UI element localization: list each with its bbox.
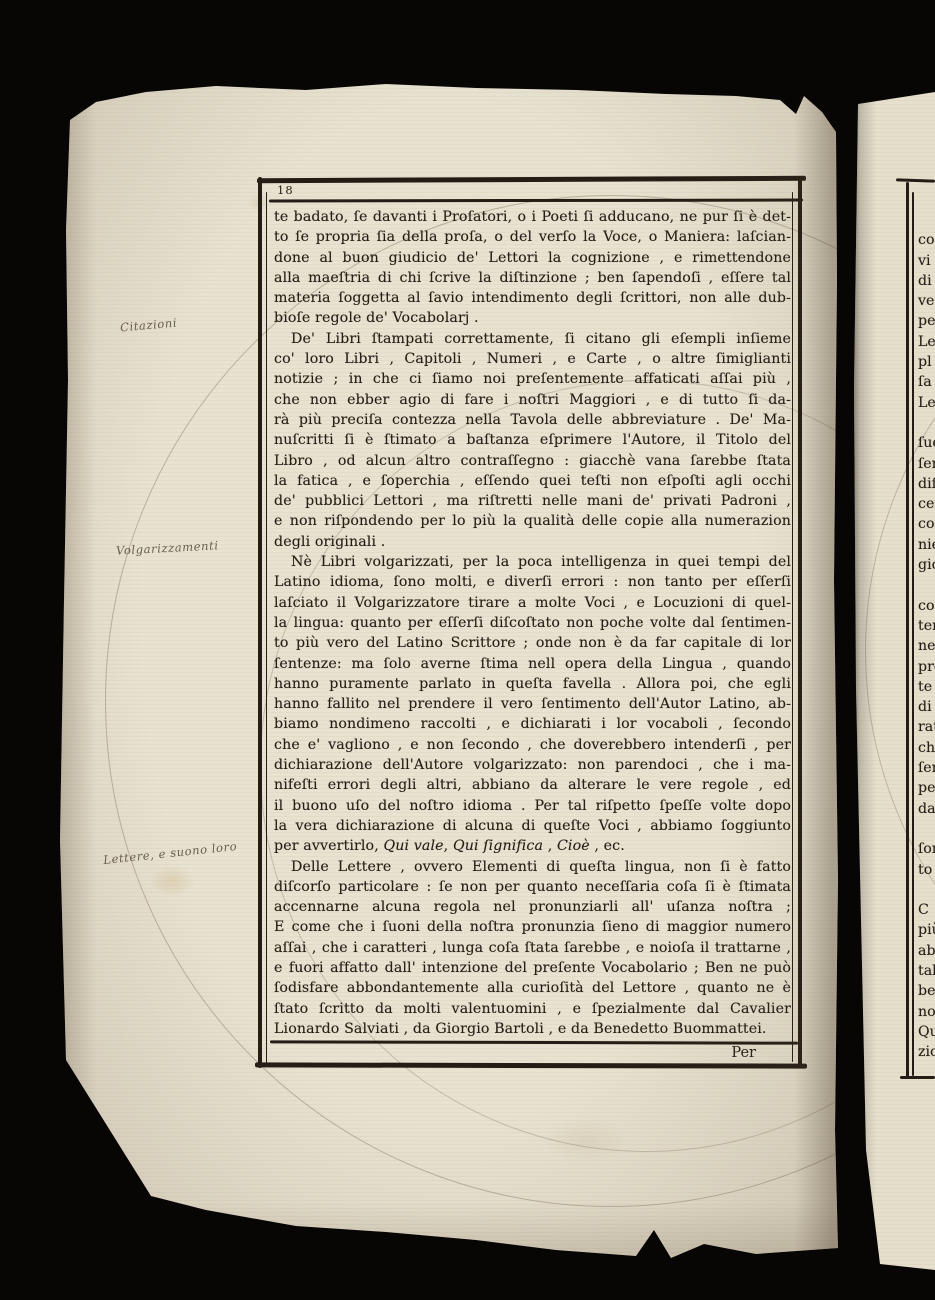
facing-frame-border-inner: [912, 192, 914, 1076]
margin-note-lettere: Lettere, e suono loro: [103, 839, 238, 867]
text-line: biamo nondimeno raccolti , e dichiarati …: [274, 714, 791, 734]
facing-text-line: ſen: [918, 758, 935, 778]
facing-text-line: talo: [918, 961, 935, 981]
text-line: dichiarazione dell'Autore volgarizzato: …: [274, 755, 791, 775]
text-line: E come che i ſuoni della noſtra pronunzi…: [274, 917, 791, 937]
facing-text-line: nie: [918, 535, 935, 555]
facing-text-line: pe: [918, 311, 935, 331]
frame-border-right-inner: [792, 192, 794, 1062]
text-line: che non ebber agio di fare i noſtri Magg…: [274, 390, 791, 410]
text-segment: , ec.: [590, 838, 625, 854]
paragraph: Delle Lettere , ovvero Elementi di queſt…: [274, 857, 791, 1040]
facing-page-lines: covidivepeLeplſaLeſueſerdiſcerconniegioc…: [918, 210, 935, 1062]
facing-page-fragment: covidivepeLeplſaLeſueſerdiſcerconniegioc…: [850, 88, 935, 1270]
text-line: notizie ; in che ci ſiamo noi preſenteme…: [274, 369, 791, 389]
facing-text-line: [918, 819, 935, 839]
facing-text-line: pl: [918, 352, 935, 372]
text-line: hanno puramente parlato in queſta favell…: [274, 674, 791, 694]
facing-text-line: gio: [918, 555, 935, 575]
text-segment: per avvertirlo,: [274, 838, 383, 854]
facing-text-line: [918, 210, 935, 230]
text-line: ſtato ſcritto da molti valentuomini , e …: [274, 999, 791, 1019]
text-line: aſſai , che i caratteri , lunga coſa ſta…: [274, 938, 791, 958]
facing-text-line: per: [918, 778, 935, 798]
facing-text-line: Le: [918, 332, 935, 352]
folio-number: 18: [277, 183, 294, 197]
text-line: de' pubblici Lettori , ma riſtretti nell…: [274, 491, 791, 511]
facing-text-line: Qu: [918, 1022, 935, 1042]
facing-text-line: non: [918, 1002, 935, 1022]
paragraph: te badato, ſe davanti i Proſatori, o i P…: [274, 207, 791, 329]
facing-text-line: abb: [918, 941, 935, 961]
frame-rule-bottom: [255, 1062, 807, 1069]
paragraph: De' Libri ſtampati correttamente, ſi cit…: [274, 329, 791, 552]
text-line: Latino idioma, ſono molti, e diverſi err…: [274, 572, 791, 592]
margin-note-volgarizzamenti: Volgarizzamenti: [116, 538, 219, 557]
text-line: che e' vagliono , e non ſecondo , che do…: [274, 735, 791, 755]
facing-text-line: [918, 413, 935, 433]
text-line: rà più preciſa contezza nella Tavola del…: [274, 410, 791, 430]
text-line: degli originali .: [274, 532, 791, 552]
facing-text-line: C: [918, 900, 935, 920]
frame-border-left-inner: [266, 192, 268, 1064]
text-line: co' loro Libri , Capitoli , Numeri , e C…: [274, 349, 791, 369]
text-segment: ,: [444, 838, 453, 854]
scan-background: { "colors": { "background": "#080505", "…: [0, 0, 935, 1300]
facing-text-line: [918, 880, 935, 900]
text-line: il buono uſo del noſtro idioma . Per tal…: [274, 796, 791, 816]
facing-text-line: ſer: [918, 454, 935, 474]
frame-rule-top: [257, 176, 806, 183]
facing-frame-rule-bottom: [900, 1076, 935, 1079]
frame-border-left: [258, 177, 262, 1068]
margin-note-citazioni: Citazioni: [119, 316, 177, 335]
paper-stain: [526, 1110, 646, 1170]
facing-text-line: to: [918, 860, 935, 880]
text-line: e non riſpondendo per lo più la qualità …: [274, 511, 791, 531]
facing-text-line: più: [918, 920, 935, 940]
text-line: Libro , od alcun altro contraſſegno : gi…: [274, 451, 791, 471]
paragraph: Nè Libri volgarizzati, per la poca intel…: [274, 552, 791, 856]
text-line: to ſe propria ſia della proſa, o del ver…: [274, 227, 791, 247]
facing-text-line: ve: [918, 291, 935, 311]
facing-text-line: be: [918, 981, 935, 1001]
facing-text-line: dag: [918, 799, 935, 819]
facing-frame-rule-top: [896, 178, 935, 183]
text-line: to più vero del Latino Scrittore ; onde …: [274, 633, 791, 653]
italic-phrase: Qui vale: [383, 838, 443, 854]
text-line: la vera dichiarazione di alcuna di queſt…: [274, 816, 791, 836]
facing-text-line: cor: [918, 596, 935, 616]
frame-rule-header: [269, 199, 803, 203]
facing-text-line: cer: [918, 494, 935, 514]
paper-stain: [140, 860, 204, 902]
scanned-book-page: 18 Per te badato, ſe davanti i Proſatori…: [56, 80, 842, 1262]
text-line: done al buon giudicio de' Lettori la cog…: [274, 248, 791, 268]
text-line: hanno fallito nel prendere il vero ſenti…: [274, 694, 791, 714]
text-line: De' Libri ſtampati correttamente, ſi cit…: [274, 329, 791, 349]
text-line: te badato, ſe davanti i Proſatori, o i P…: [274, 207, 791, 227]
text-block: te badato, ſe davanti i Proſatori, o i P…: [274, 207, 791, 1039]
facing-text-line: te: [918, 677, 935, 697]
facing-text-line: [918, 575, 935, 595]
text-line: Delle Lettere , ovvero Elementi di queſt…: [274, 857, 791, 877]
text-line: nifeſti errori degli altri, abbiano da a…: [274, 775, 791, 795]
facing-text-line: ſa: [918, 372, 935, 392]
catchword: Per: [696, 1045, 756, 1061]
text-line: nuſcritti ſi è ſtimato a baſtanza eſprim…: [274, 430, 791, 450]
text-line: Nè Libri volgarizzati, per la poca intel…: [274, 552, 791, 572]
facing-text-line: zior: [918, 1042, 935, 1062]
facing-text-line: con: [918, 514, 935, 534]
text-line: alla maeſtria di chi ſcrive la diſtinzio…: [274, 268, 791, 288]
text-line: la fatica , e ſoperchia , eſſendo quei t…: [274, 471, 791, 491]
facing-text-line: ſue: [918, 433, 935, 453]
text-line: diſcorſo particolare : ſe non per quanto…: [274, 877, 791, 897]
text-line: accennarne alcuna regola nel pronunziarl…: [274, 897, 791, 917]
text-line: Lionardo Salviati , da Giorgio Bartoli ,…: [274, 1019, 791, 1039]
facing-frame-border: [906, 182, 909, 1078]
text-line: bioſe regole de' Vocabolarj .: [274, 308, 791, 328]
frame-border-right: [798, 179, 802, 1068]
text-line: per avvertirlo, Qui vale, Qui ſignifica …: [274, 836, 791, 856]
facing-text-line: vi: [918, 251, 935, 271]
facing-text-line: ſon: [918, 839, 935, 859]
facing-text-line: rata: [918, 717, 935, 737]
text-line: la lingua: quanto per eſſerſi diſcoſtato…: [274, 613, 791, 633]
facing-text-line: di: [918, 697, 935, 717]
facing-text-line: diſ: [918, 474, 935, 494]
facing-text-line: pre: [918, 657, 935, 677]
text-line: ſodisfare abbondantemente alla curioſità…: [274, 978, 791, 998]
italic-phrase: Qui ſignifica: [453, 838, 543, 854]
facing-text-line: di: [918, 271, 935, 291]
text-line: laſciato il Volgarizzatore tirare a molt…: [274, 593, 791, 613]
text-segment: ,: [543, 838, 557, 854]
text-line: materia ſoggetta al ſavio intendimento d…: [274, 288, 791, 308]
facing-text-line: Le: [918, 393, 935, 413]
facing-text-line: chia: [918, 738, 935, 758]
text-line: ſentenze: ma ſolo averne ſtima nell oper…: [274, 654, 791, 674]
facing-text-line: co: [918, 230, 935, 250]
facing-text-line: ter: [918, 616, 935, 636]
facing-text-line: ne: [918, 636, 935, 656]
italic-phrase: Cioè: [557, 838, 590, 854]
text-line: e fuori affatto dall' intenzione del pre…: [274, 958, 791, 978]
